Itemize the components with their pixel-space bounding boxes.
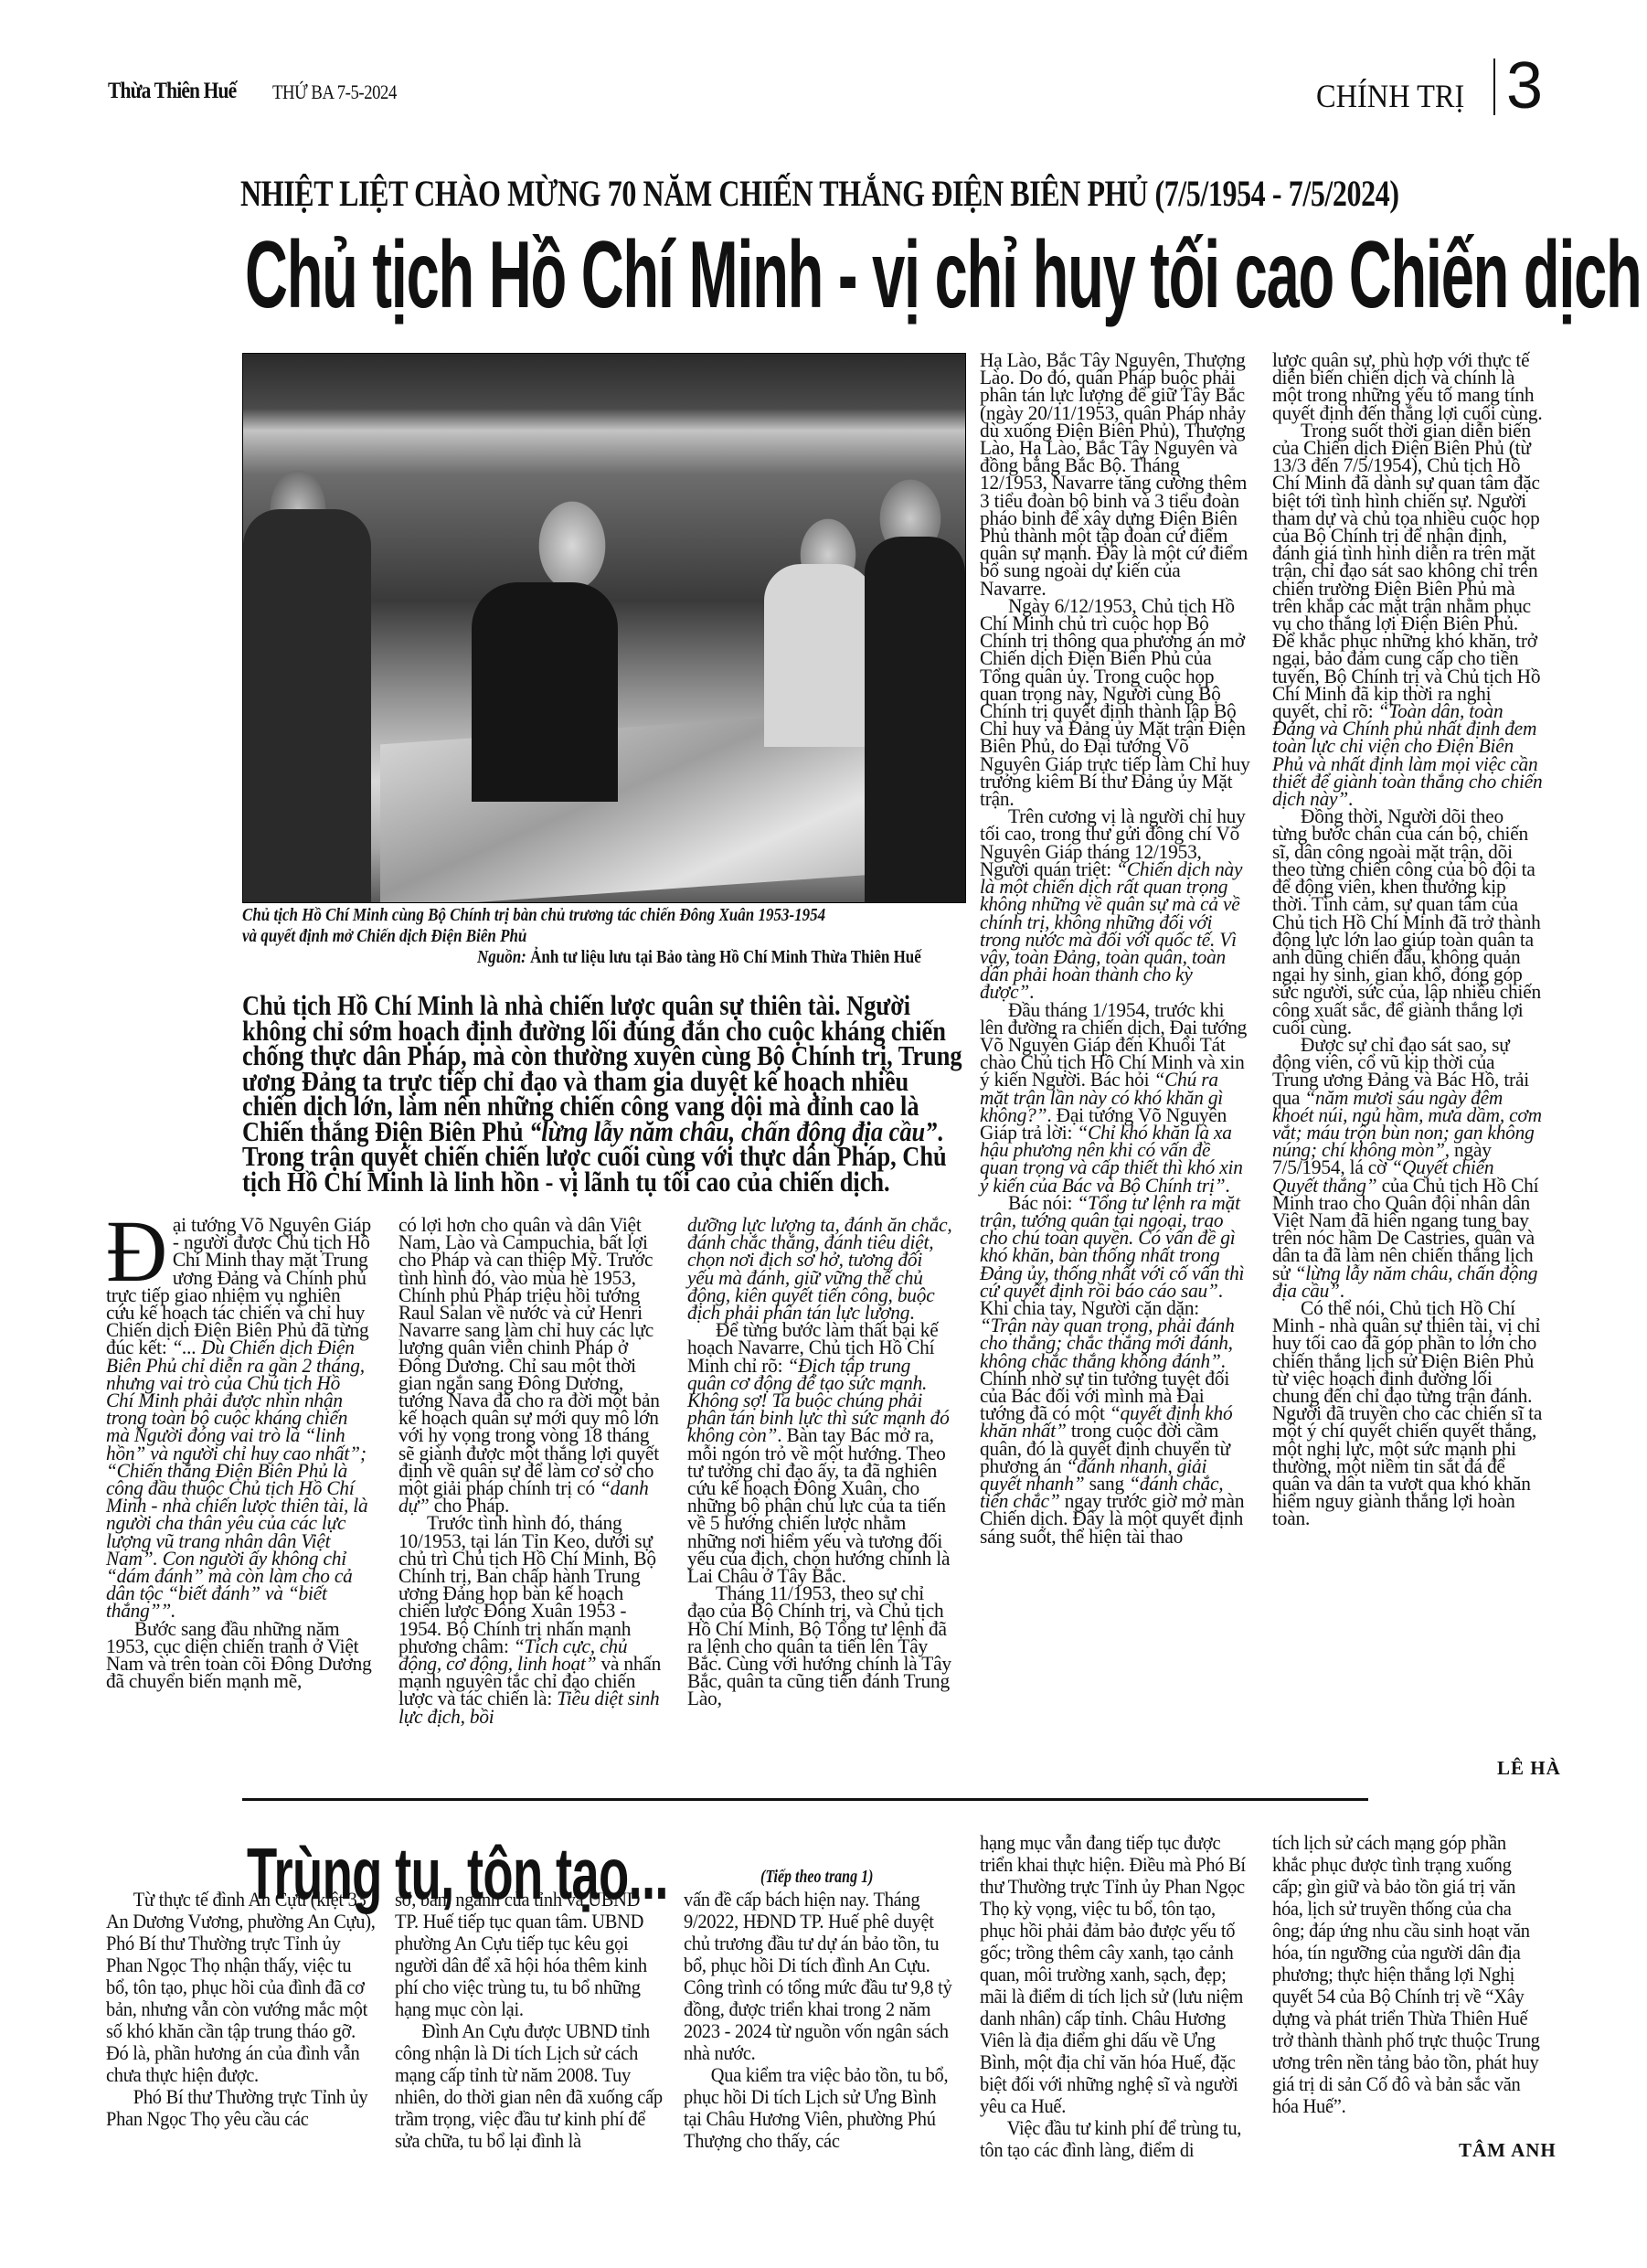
- article2-column-4: hạng mục vẫn đang tiếp tục được triển kh…: [980, 1832, 1252, 2161]
- continued-from-note: (Tiếp theo trang 1): [760, 1867, 873, 1888]
- paragraph: Hạ Lào, Bắc Tây Nguyên, Thượng Lào. Do đ…: [980, 351, 1250, 597]
- paragraph: Phó Bí thư Thường trực Tỉnh ủy Phan Ngọc…: [106, 2086, 378, 2130]
- paragraph: Qua kiểm tra việc bảo tồn, tu bổ, phục h…: [684, 2064, 956, 2152]
- newspaper-name: Thừa Thiên Huế: [108, 79, 236, 104]
- quote: “... Dù Chiến dịch Điện Biên Phủ chỉ diễ…: [106, 1336, 367, 1622]
- article2-column-1: Từ thực tế đình An Cựu (kiệt 33 An Dương…: [106, 1889, 378, 2130]
- paragraph: tích lịch sử cách mạng góp phần khắc phụ…: [1272, 1832, 1545, 2117]
- quote: “Chiến dịch này là một chiến dịch rất qu…: [980, 857, 1242, 1003]
- paragraph: Tháng 11/1953, theo sự chỉ đạo của Bộ Ch…: [687, 1584, 953, 1707]
- article-lead: Chủ tịch Hồ Chí Minh là nhà chiến lược q…: [242, 993, 970, 1194]
- credit-text: Ảnh tư liệu lưu tại Bảo tàng Hồ Chí Minh…: [526, 947, 921, 967]
- article1-column-5: lược quân sự, phù hợp với thực tế diễn b…: [1272, 351, 1543, 1528]
- article-headline: Chủ tịch Hồ Chí Minh - vị chỉ huy tối ca…: [245, 218, 1647, 333]
- credit-label: Nguồn:: [477, 947, 526, 967]
- paragraph: lược quân sự, phù hợp với thực tế diễn b…: [1272, 351, 1543, 421]
- drop-cap: Đ: [106, 1219, 167, 1283]
- article1-byline: LÊ HÀ: [1497, 1757, 1561, 1780]
- paragraph: Trong suốt thời gian diễn biến của Chiến…: [1272, 419, 1540, 722]
- article2-column-2: sở, ban, ngành của tỉnh và UBND TP. Huế …: [395, 1889, 667, 2152]
- article-photo: [242, 353, 966, 903]
- article2-byline: TÂM ANH: [1459, 2139, 1557, 2162]
- figure-light-shirt: [764, 564, 874, 747]
- paragraph: Đình An Cựu được UBND tỉnh công nhận là …: [395, 2020, 667, 2152]
- section-label: CHÍNH TRỊ: [1316, 77, 1464, 115]
- paragraph: Đồng thời, Người dõi theo từng bước chân…: [1272, 807, 1543, 1036]
- quote: “Trận này quan trọng, phải đánh cho thắn…: [980, 1314, 1235, 1371]
- article1-column-1: Đại tướng Võ Nguyên Giáp - người được Ch…: [106, 1216, 372, 1689]
- caption-line-2: và quyết định mở Chiến dịch Điện Biên Ph…: [242, 926, 864, 947]
- paragraph: Bước sang đầu những năm 1953, cục diện c…: [106, 1620, 372, 1690]
- paragraph: Việc đầu tư kinh phí để trùng tu, tôn tạ…: [980, 2117, 1252, 2161]
- section-divider-short: [1272, 1798, 1368, 1801]
- figure-left: [243, 509, 371, 902]
- issue-date: THỨ BA 7-5-2024: [272, 80, 397, 104]
- section-divider: [242, 1798, 1280, 1801]
- article-kicker: NHIỆT LIỆT CHÀO MỪNG 70 NĂM CHIẾN THẮNG …: [240, 172, 1293, 215]
- quote: “năm mươi sáu ngày đêm khoét núi, ngủ hầ…: [1272, 1086, 1542, 1162]
- paragraph: Có thể nói, Chủ tịch Hồ Chí Minh - nhà q…: [1272, 1299, 1543, 1528]
- article1-column-2: có lợi hơn cho quân và dân Việt Nam, Lào…: [398, 1216, 664, 1725]
- figure-ho-chi-minh: [472, 582, 618, 802]
- page-number: 3: [1506, 53, 1543, 119]
- paragraph: Ngày 6/12/1953, Chủ tịch Hồ Chí Minh chủ…: [980, 597, 1250, 807]
- photo-caption: Chủ tịch Hồ Chí Minh cùng Bộ Chính trị b…: [242, 905, 864, 947]
- article2-column-3: vấn đề cấp bách hiện nay. Tháng 9/2022, …: [684, 1889, 956, 2152]
- caption-line-1: Chủ tịch Hồ Chí Minh cùng Bộ Chính trị b…: [242, 905, 864, 926]
- paragraph: hạng mục vẫn đang tiếp tục được triển kh…: [980, 1832, 1252, 2117]
- article1-column-3: dưỡng lực lượng ta, đánh ăn chắc, đánh c…: [687, 1216, 953, 1708]
- paragraph: vấn đề cấp bách hiện nay. Tháng 9/2022, …: [684, 1889, 956, 2064]
- paragraph: có lợi hơn cho quân và dân Việt Nam, Lào…: [398, 1213, 660, 1499]
- figure-right: [865, 537, 965, 902]
- paragraph: Từ thực tế đình An Cựu (kiệt 33 An Dương…: [106, 1889, 378, 2086]
- header-divider: [1493, 59, 1495, 115]
- article1-column-4: Hạ Lào, Bắc Tây Nguyên, Thượng Lào. Do đ…: [980, 351, 1250, 1545]
- paragraph-cont: . Bàn tay Bác mở ra, mỗi ngón trỏ về một…: [687, 1423, 950, 1587]
- article2-column-5: tích lịch sử cách mạng góp phần khắc phụ…: [1272, 1832, 1545, 2117]
- photo-credit: Nguồn: Ảnh tư liệu lưu tại Bảo tàng Hồ C…: [477, 947, 921, 968]
- paragraph: sở, ban, ngành của tỉnh và UBND TP. Huế …: [395, 1889, 667, 2020]
